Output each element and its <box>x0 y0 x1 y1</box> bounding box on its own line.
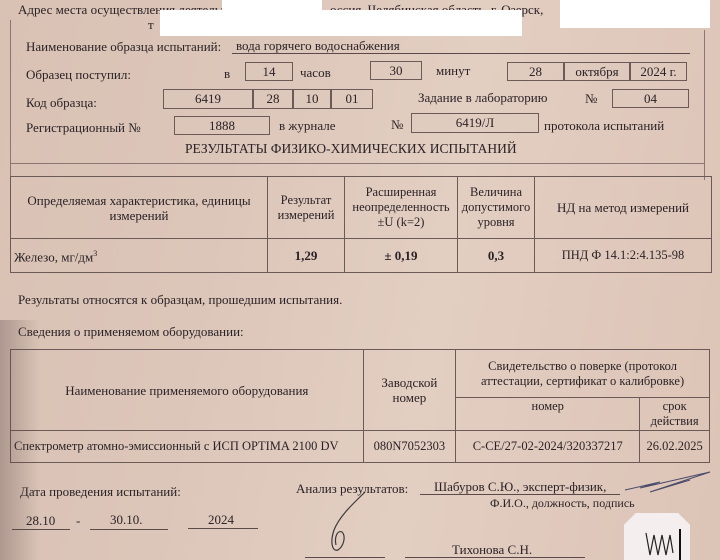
header-result: Результат измерений <box>268 177 345 239</box>
cell-equipment-name: Спектрометр атомно-эмиссионный с ИСП OPT… <box>11 431 364 463</box>
cell-cert-number: С-СЕ/27-02-2024/320337217 <box>456 431 640 463</box>
task-no-label: № <box>585 91 597 107</box>
cell-result: 1,29 <box>268 239 345 273</box>
date-to: 30.10. <box>110 512 143 528</box>
sample-name-underline <box>232 53 690 54</box>
cell-limit: 0,3 <box>458 239 535 273</box>
task-label: Задание в лабораторию <box>418 90 547 106</box>
date-year-underline <box>188 528 258 529</box>
results-note: Результаты относятся к образцам, прошедш… <box>18 292 342 308</box>
analyst-name: Шабуров С.Ю., эксперт-физик, <box>434 479 606 495</box>
photo-shadow <box>0 320 40 560</box>
second-person-underline <box>405 557 585 558</box>
frame-line <box>10 163 704 164</box>
redaction-block <box>160 10 522 36</box>
header-cert-number: номер <box>456 398 640 431</box>
header-equipment-name: Наименование применяемого оборудования <box>11 350 364 431</box>
unit-superscript: 3 <box>93 249 97 258</box>
minutes-field: 30 <box>370 61 422 80</box>
stamp-fragment <box>624 513 690 560</box>
minutes-label: минут <box>436 63 470 79</box>
protocol-label: протокола испытаний <box>544 118 664 134</box>
task-no-field: 04 <box>612 89 689 108</box>
received-label: Образец поступил: <box>26 67 131 83</box>
journal-label: в журнале <box>279 118 335 134</box>
year-field: 2024 г. <box>630 62 687 81</box>
analyst-underline <box>420 494 620 495</box>
sample-name-value: вода горячего водоснабжения <box>236 38 400 54</box>
second-person-name: Тихонова С.Н. <box>452 542 532 558</box>
signature-analyst-icon <box>620 470 720 500</box>
analyst-caption: Ф.И.О., должность, подпись <box>490 496 635 511</box>
cell-method: ПНД Ф 14.1:2:4.135-98 <box>535 239 712 273</box>
characteristic-text: Железо, мг/дм <box>14 250 93 265</box>
cell-serial: 080N7052303 <box>363 431 456 463</box>
code-label: Код образца: <box>26 95 97 111</box>
equipment-section-label: Сведения о применяемом оборудовании: <box>18 324 244 340</box>
header-cert-validity: срок действия <box>640 398 710 431</box>
header-method: НД на метод измерений <box>535 177 712 239</box>
date-to-underline <box>90 529 168 530</box>
signature-second-icon <box>320 490 380 560</box>
code-part-1: 6419 <box>163 89 253 109</box>
address-second-line: т <box>148 17 154 33</box>
hours-label: часов <box>300 65 331 81</box>
test-date-label: Дата проведения испытаний: <box>20 484 181 500</box>
frame-line <box>10 20 11 180</box>
cell-uncertainty: ± 0,19 <box>345 239 458 273</box>
frame-line <box>704 30 705 180</box>
hours-field: 14 <box>245 62 293 81</box>
journal-no-field: 6419/Л <box>411 113 539 133</box>
redaction-block <box>222 0 322 10</box>
results-title: РЕЗУЛЬТАТЫ ФИЗИКО-ХИМИЧЕСКИХ ИСПЫТАНИЙ <box>185 141 517 157</box>
cell-cert-validity: 26.02.2025 <box>640 431 710 463</box>
date-year: 2024 <box>208 512 234 528</box>
table-row: Спектрометр атомно-эмиссионный с ИСП OPT… <box>11 431 710 463</box>
code-part-4: 01 <box>331 89 373 109</box>
header-serial: Заводской номер <box>363 350 456 431</box>
cell-characteristic: Железо, мг/дм3 <box>11 239 268 273</box>
header-certificate: Свидетельство о поверке (протокол аттест… <box>456 350 710 398</box>
header-characteristic: Определяемая характеристика, единицы изм… <box>11 177 268 239</box>
date-separator: - <box>76 513 80 529</box>
reg-field: 1888 <box>174 116 270 135</box>
redaction-block <box>560 0 710 28</box>
journal-no-label: № <box>391 117 403 133</box>
header-uncertainty: Расширенная неопределенность ±U (k=2) <box>345 177 458 239</box>
table-row: Железо, мг/дм3 1,29 ± 0,19 0,3 ПНД Ф 14.… <box>11 239 712 273</box>
stamp-mark-icon <box>624 513 690 560</box>
reg-label: Регистрационный № <box>26 120 141 136</box>
code-part-2: 28 <box>253 89 293 109</box>
day-field: 28 <box>507 62 564 81</box>
code-part-3: 10 <box>293 89 331 109</box>
header-limit: Величина допустимого уровня <box>458 177 535 239</box>
at-label: в <box>224 66 230 82</box>
equipment-table: Наименование применяемого оборудования З… <box>10 349 710 463</box>
results-table: Определяемая характеристика, единицы изм… <box>10 176 712 273</box>
sample-name-label: Наименование образца испытаний: <box>26 39 221 55</box>
month-field: октября <box>564 62 630 81</box>
